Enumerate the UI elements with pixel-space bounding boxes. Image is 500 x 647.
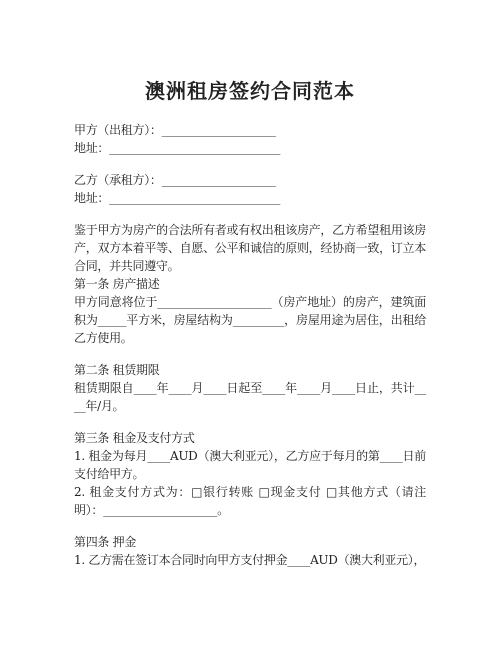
party-b-address-line: 地址：______________________________ (74, 189, 426, 207)
clause-4-deposit: 第四条 押金 1. 乙方需在签订本合同时向甲方支付押金____AUD（澳大利亚元… (74, 533, 426, 569)
party-a-line: 甲方（出租方）：____________________ (74, 121, 426, 139)
clause-3-rent-and-payment: 第三条 租金及支付方式 1. 租金为每月____AUD（澳大利亚元），乙方应于每… (74, 429, 426, 519)
clause-1-body: 甲方同意将位于____________________（房产地址）的房产，建筑面… (74, 293, 426, 347)
preamble-paragraph: 鉴于甲方为房产的合法所有者或有权出租该房产，乙方希望租用该房产，双方本着平等、自… (74, 221, 426, 275)
clause-2-lease-term: 第二条 租赁期限 租赁期限自____年____月____日起至____年____… (74, 361, 426, 415)
clause-2-heading: 第二条 租赁期限 (74, 361, 426, 379)
document-title: 澳洲租房签约合同范本 (74, 78, 426, 104)
party-a-block: 甲方（出租方）：____________________ 地址：________… (74, 121, 426, 157)
clause-4-item-1: 1. 乙方需在签订本合同时向甲方支付押金____AUD（澳大利亚元）， (74, 551, 426, 569)
clause-2-body: 租赁期限自____年____月____日起至____年____月____日止，共… (74, 379, 426, 415)
party-b-block: 乙方（承租方）：____________________ 地址：________… (74, 171, 426, 207)
clause-3-heading: 第三条 租金及支付方式 (74, 429, 426, 447)
party-a-address-line: 地址：______________________________ (74, 139, 426, 157)
clause-3-item-2-payment-method-checkboxes: 2. 租金支付方式为：□银行转账 □现金支付 □其他方式（请注明）：______… (74, 483, 426, 519)
clause-3-item-1: 1. 租金为每月____AUD（澳大利亚元），乙方应于每月的第____日前支付给… (74, 447, 426, 483)
clause-1-property-description: 第一条 房产描述 甲方同意将位于____________________（房产地… (74, 275, 426, 347)
clause-1-heading: 第一条 房产描述 (74, 275, 426, 293)
contract-page: 澳洲租房签约合同范本 甲方（出租方）：____________________ … (0, 0, 500, 647)
party-b-line: 乙方（承租方）：____________________ (74, 171, 426, 189)
clause-4-heading: 第四条 押金 (74, 533, 426, 551)
document-canvas: { "document": { "title": "澳洲租房签约合同范本", "… (0, 0, 500, 647)
